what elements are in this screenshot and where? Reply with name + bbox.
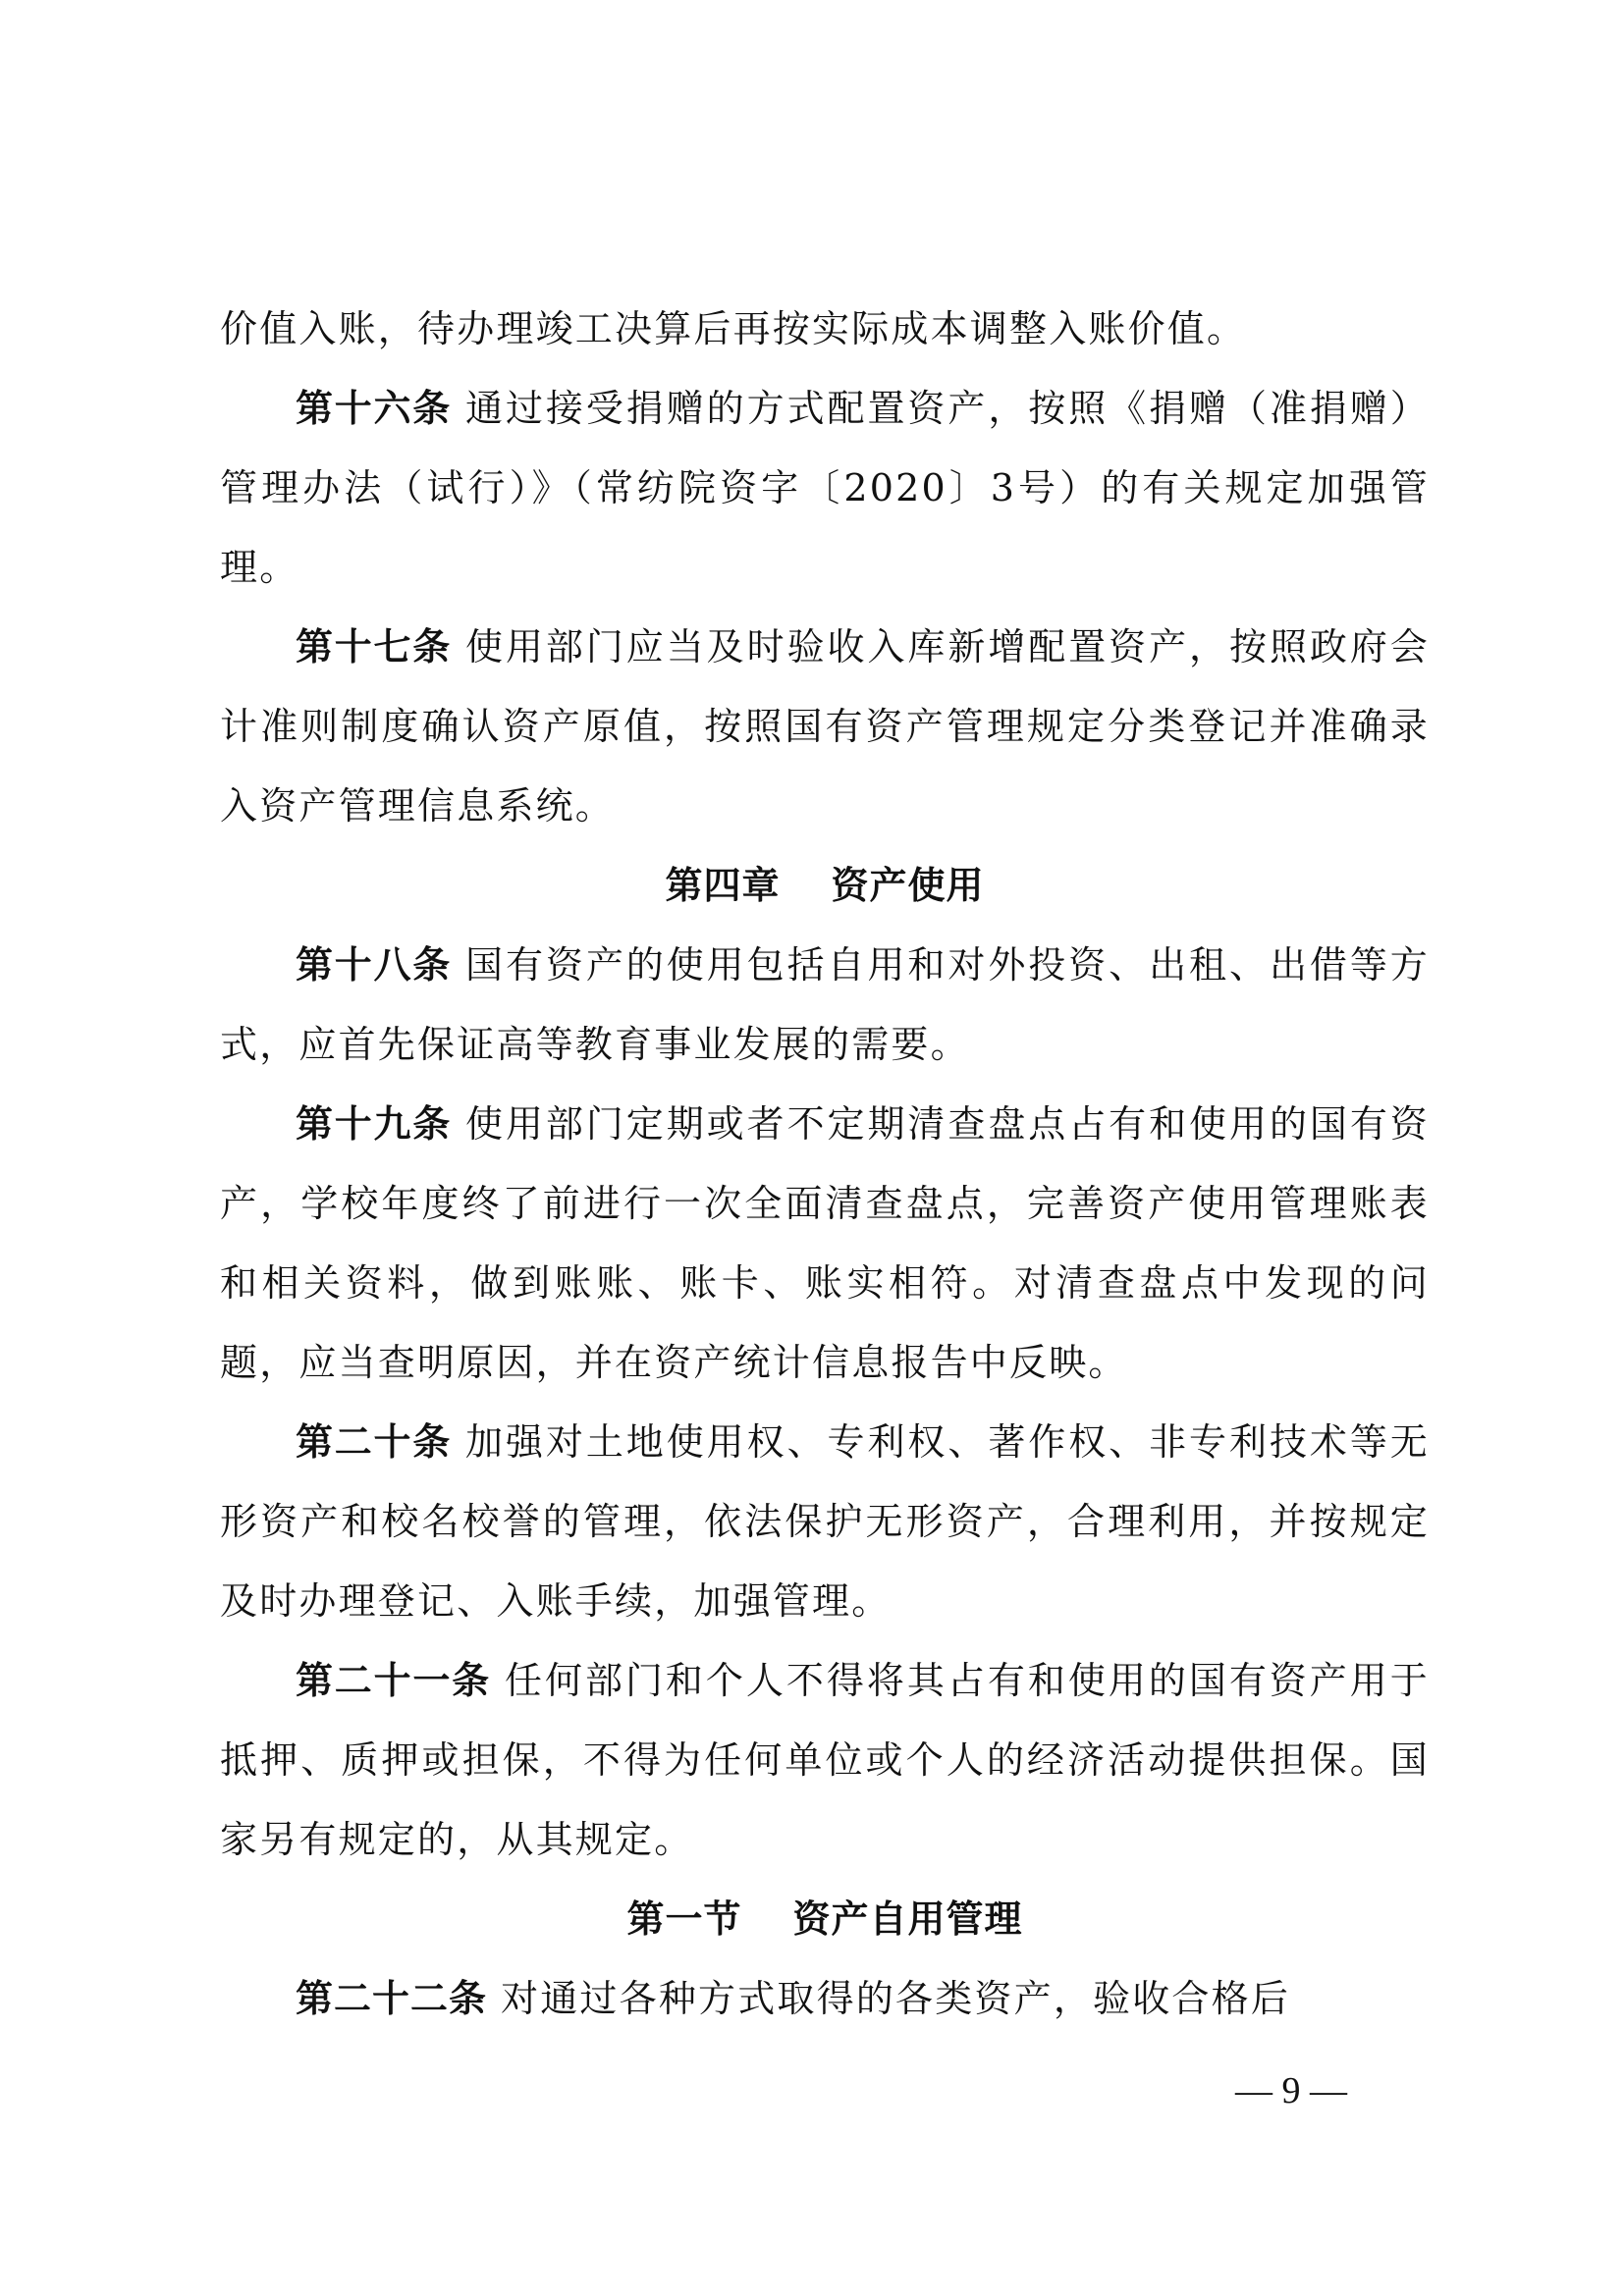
article-20: 第二十条加强对土地使用权、专利权、著作权、非专利技术等无形资产和校名校誉的管理，…: [220, 1403, 1430, 1641]
article-label: 第二十二条: [296, 1977, 487, 2020]
chapter-number: 第四章: [665, 864, 780, 907]
page-number: — 9 —: [1227, 2069, 1355, 2112]
chapter-heading: 第四章资产使用: [220, 846, 1430, 926]
article-21: 第二十一条任何部门和个人不得将其占有和使用的国有资产用于抵押、质押或担保，不得为…: [220, 1641, 1430, 1880]
paragraph-continuation: 价值入账，待办理竣工决算后再按实际成本调整入账价值。: [220, 290, 1430, 369]
article-label: 第二十一条: [296, 1659, 491, 1702]
article-label: 第二十条: [296, 1420, 452, 1464]
article-text: 对通过各种方式取得的各类资产，验收合格后: [501, 1977, 1290, 2020]
article-19: 第十九条使用部门定期或者不定期清查盘点占有和使用的国有资产，学校年度终了前进行一…: [220, 1085, 1430, 1403]
article-label: 第十六条: [296, 387, 452, 430]
article-label: 第十八条: [296, 943, 452, 987]
paragraph-text: 价值入账，待办理竣工决算后再按实际成本调整入账价值。: [220, 307, 1246, 350]
chapter-title: 资产使用: [832, 864, 985, 907]
section-title: 资产自用管理: [793, 1897, 1023, 1941]
section-number: 第一节: [626, 1897, 741, 1941]
article-22: 第二十二条对通过各种方式取得的各类资产，验收合格后: [220, 1959, 1430, 2039]
section-heading: 第一节资产自用管理: [220, 1880, 1430, 1959]
article-label: 第十九条: [296, 1102, 452, 1146]
article-18: 第十八条国有资产的使用包括自用和对外投资、出租、出借等方式，应首先保证高等教育事…: [220, 926, 1430, 1085]
article-label: 第十七条: [296, 625, 452, 668]
article-16: 第十六条通过接受捐赠的方式配置资产，按照《捐赠（准捐赠）管理办法（试行）》（常纺…: [220, 369, 1430, 608]
document-page: 价值入账，待办理竣工决算后再按实际成本调整入账价值。 第十六条通过接受捐赠的方式…: [220, 290, 1430, 2039]
article-17: 第十七条使用部门应当及时验收入库新增配置资产，按照政府会计准则制度确认资产原值，…: [220, 608, 1430, 846]
